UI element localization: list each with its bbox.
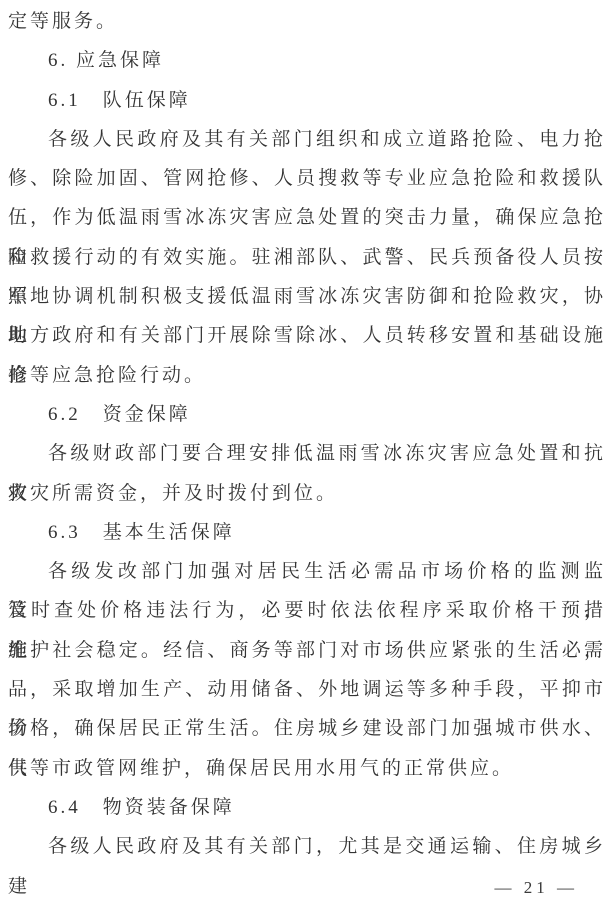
text-line: 各级人民政府及其有关部门组织和成立道路抢险、电力抢 [8, 120, 606, 159]
text-line: 军地协调机制积极支援低温雨雪冰冻灾害防御和抢险救灾，协助 [8, 277, 606, 316]
document-page: 定等服务。6. 应急保障6.1 队伍保障各级人民政府及其有关部门组织和成立道路抢… [0, 0, 614, 906]
document-body: 定等服务。6. 应急保障6.1 队伍保障各级人民政府及其有关部门组织和成立道路抢… [8, 2, 606, 867]
text-line: 6. 应急保障 [8, 41, 606, 80]
text-line: 各级发改部门加强对居民生活必需品市场价格的监测监管， [8, 552, 606, 591]
text-line: 修、除险加固、管网抢修、人员搜救等专业应急抢险和救援队 [8, 159, 606, 198]
text-line: 气等市政管网维护，确保居民用水用气的正常供应。 [8, 749, 606, 788]
text-line: 品，采取增加生产、动用储备、外地调运等多种手段，平抑市场 [8, 670, 606, 709]
text-line: 修等应急抢险行动。 [8, 356, 606, 395]
text-line: 伍，作为低温雨雪冰冻灾害应急处置的突击力量，确保应急抢险 [8, 198, 606, 237]
text-line: 及时查处价格违法行为，必要时依法依程序采取价格干预措施， [8, 591, 606, 630]
text-line: 各级人民政府及其有关部门，尤其是交通运输、住房城乡建 [8, 827, 606, 866]
text-line: 6.4 物资装备保障 [8, 788, 606, 827]
text-line: 6.1 队伍保障 [8, 81, 606, 120]
text-line: 维护社会稳定。经信、商务等部门对市场供应紧张的生活必需 [8, 631, 606, 670]
text-line: 6.3 基本生活保障 [8, 513, 606, 552]
text-line: 地方政府和有关部门开展除雪除冰、人员转移安置和基础设施抢 [8, 316, 606, 355]
text-line: 6.2 资金保障 [8, 395, 606, 434]
text-line: 和救援行动的有效实施。驻湘部队、武警、民兵预备役人员按照 [8, 238, 606, 277]
page-number: — 21 — [495, 878, 579, 898]
text-line: 各级财政部门要合理安排低温雨雪冰冻灾害应急处置和抗灾 [8, 434, 606, 473]
text-line: 定等服务。 [8, 2, 606, 41]
text-line: 价格，确保居民正常生活。住房城乡建设部门加强城市供水、供 [8, 709, 606, 748]
text-line: 救灾所需资金，并及时拨付到位。 [8, 474, 606, 513]
